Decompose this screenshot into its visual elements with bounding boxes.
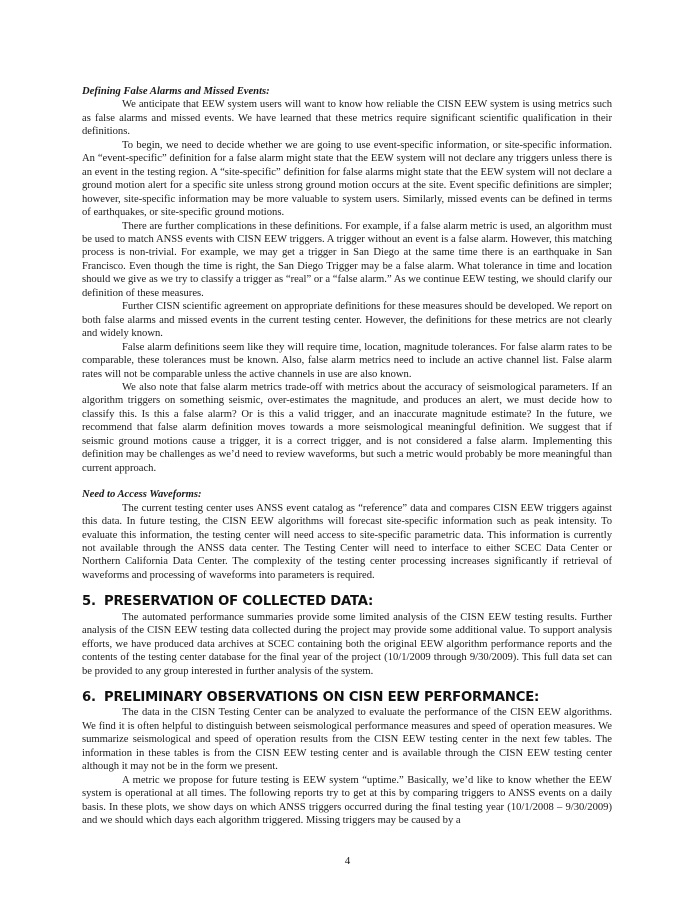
document-page: Defining False Alarms and Missed Events:… [82, 85, 612, 828]
paragraph: The current testing center uses ANSS eve… [82, 502, 612, 583]
section-heading-5: 5.PRESERVATION OF COLLECTED DATA: [82, 595, 612, 608]
subheading-waveforms: Need to Access Waveforms: [82, 488, 612, 501]
paragraph: There are further complications in these… [82, 220, 612, 301]
paragraph: A metric we propose for future testing i… [82, 774, 612, 828]
section-heading-6: 6.PRELIMINARY OBSERVATIONS ON CISN EEW P… [82, 691, 612, 704]
section-number: 5. [82, 595, 104, 608]
paragraph: To begin, we need to decide whether we a… [82, 139, 612, 220]
paragraph: We also note that false alarm metrics tr… [82, 381, 612, 475]
paragraph: The data in the CISN Testing Center can … [82, 706, 612, 773]
paragraph: We anticipate that EEW system users will… [82, 98, 612, 138]
section-number: 6. [82, 691, 104, 704]
section-preservation: 5.PRESERVATION OF COLLECTED DATA: The au… [82, 595, 612, 678]
section-observations: 6.PRELIMINARY OBSERVATIONS ON CISN EEW P… [82, 691, 612, 828]
section-false-alarms: Defining False Alarms and Missed Events:… [82, 85, 612, 475]
paragraph: False alarm definitions seem like they w… [82, 341, 612, 381]
section-title: PRELIMINARY OBSERVATIONS ON CISN EEW PER… [104, 690, 539, 705]
section-title: PRESERVATION OF COLLECTED DATA: [104, 594, 373, 609]
page-number: 4 [0, 855, 695, 867]
section-waveforms: Need to Access Waveforms: The current te… [82, 488, 612, 582]
subheading-false-alarms: Defining False Alarms and Missed Events: [82, 85, 612, 98]
paragraph: Further CISN scientific agreement on app… [82, 300, 612, 340]
spacer [82, 475, 612, 488]
paragraph: The automated performance summaries prov… [82, 611, 612, 678]
